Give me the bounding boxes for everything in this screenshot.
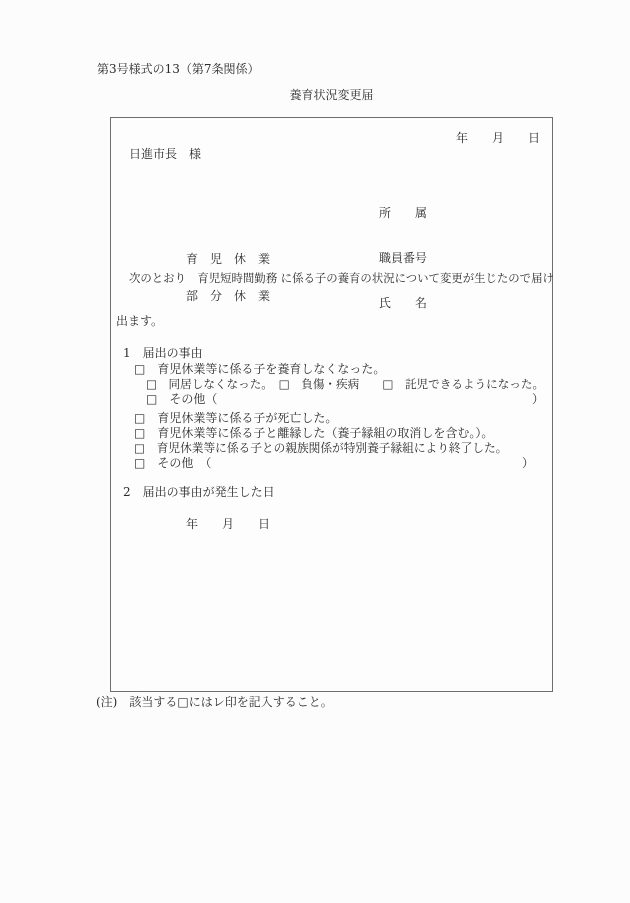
employee-number-label: 職員番号: [379, 251, 427, 266]
checkbox-sub-other-close-paren: ）: [532, 392, 544, 407]
leave-type-partial-leave: 部 分 休 業: [186, 289, 270, 304]
statement-main-line: 次のとおり 育児短時間勤務 に係る子の養育の状況について変更が生じたので届け: [129, 271, 554, 286]
statement-wrap-line: 出ます。: [116, 314, 163, 329]
checkbox-sub-other-label: □ その他（: [146, 392, 217, 407]
checkbox-sub-other: □ その他（ ）: [146, 392, 544, 407]
checkbox-item-special-adoption-ended: □ 育児休業等に係る子との親族関係が特別養子縁組により終了した。: [134, 441, 507, 456]
checkbox-item-other: □ その他 （ ）: [134, 456, 534, 471]
affiliation-label: 所 属: [379, 206, 427, 221]
footnote: (注) 該当する□にはレ印を記入すること。: [96, 695, 333, 710]
occurrence-date-line: 年 月 日: [186, 517, 270, 532]
addressee-mayor: 日進市長 様: [129, 147, 201, 162]
checkbox-item-dissolved-adoption: □ 育児休業等に係る子と離縁した（養子縁組の取消しを含む。）。: [134, 426, 493, 441]
form-border-box: 年 月 日 日進市長 様 所 属 職員番号 氏 名 育 児 休 業 次のとおり …: [110, 117, 553, 692]
section1-heading: 1 届出の事由: [123, 346, 203, 361]
document-page: 第3号様式の13（第7条関係） 養育状況変更届 年 月 日 日進市長 様 所 属…: [0, 0, 630, 903]
checkbox-item-other-close-paren: ）: [522, 456, 534, 471]
checkbox-item-child-died: □ 育児休業等に係る子が死亡した。: [134, 411, 337, 426]
form-number: 第3号様式の13（第7条関係）: [97, 62, 260, 77]
checkbox-sub-reasons-line: □ 同居しなくなった。 □ 負傷・疾病 □ 託児できるようになった。: [146, 377, 544, 392]
name-label: 氏 名: [379, 296, 427, 311]
section2-heading: 2 届出の事由が発生した日: [123, 485, 275, 500]
submission-date-line: 年 月 日: [456, 131, 540, 146]
leave-type-childcare-leave: 育 児 休 業: [186, 252, 270, 267]
document-title: 養育状況変更届: [110, 88, 553, 103]
checkbox-item-other-label: □ その他 （: [134, 456, 211, 471]
checkbox-item-no-longer-caring: □ 育児休業等に係る子を養育しなくなった。: [134, 362, 385, 377]
applicant-identity-block: 所 属 職員番号 氏 名: [379, 176, 427, 341]
